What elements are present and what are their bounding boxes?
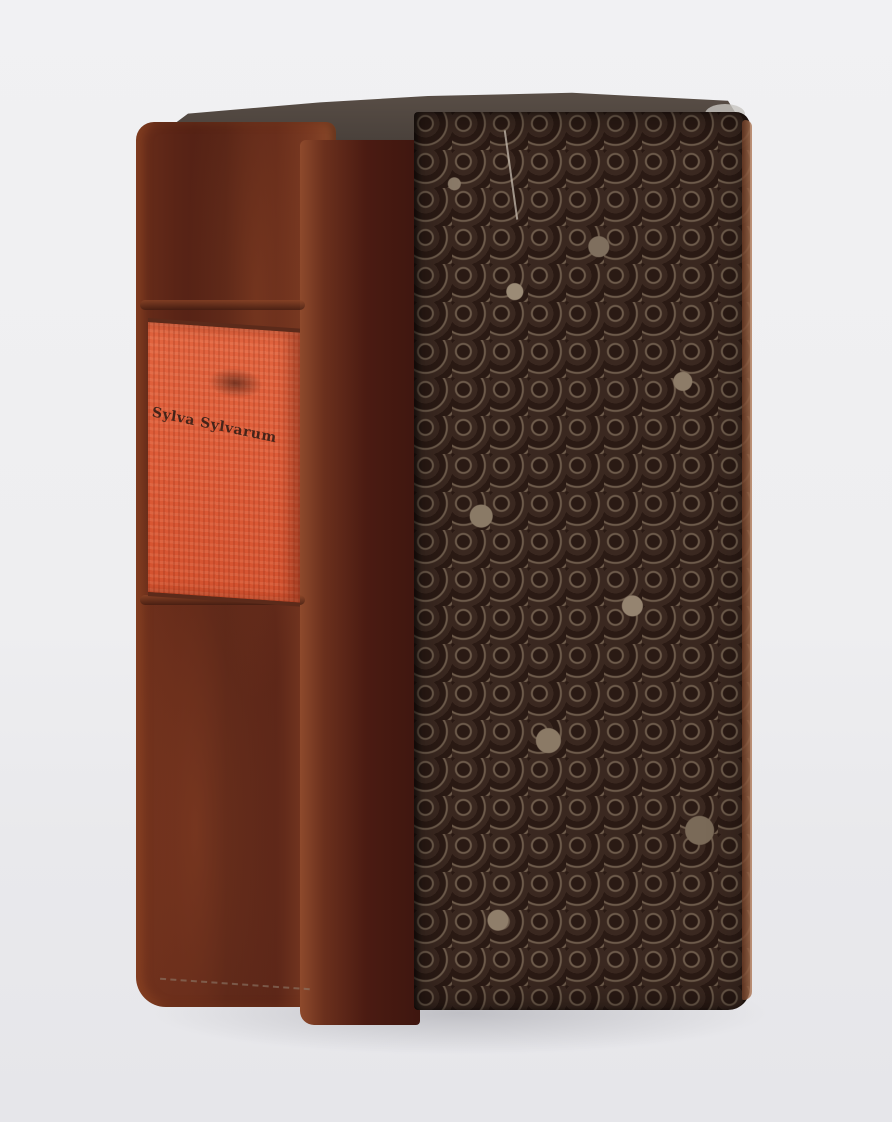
label-ink-smudge bbox=[208, 366, 263, 400]
marbled-front-cover bbox=[414, 112, 750, 1010]
spine-raised-band bbox=[140, 300, 305, 310]
spine-title-label: Sylva Sylvarum bbox=[148, 318, 300, 607]
spine-title-text: Sylva Sylvarum bbox=[151, 404, 302, 451]
cover-edge bbox=[742, 120, 752, 1000]
photo-scene: Sylva Sylvarum bbox=[0, 0, 892, 1122]
spine-joint bbox=[300, 140, 420, 1025]
